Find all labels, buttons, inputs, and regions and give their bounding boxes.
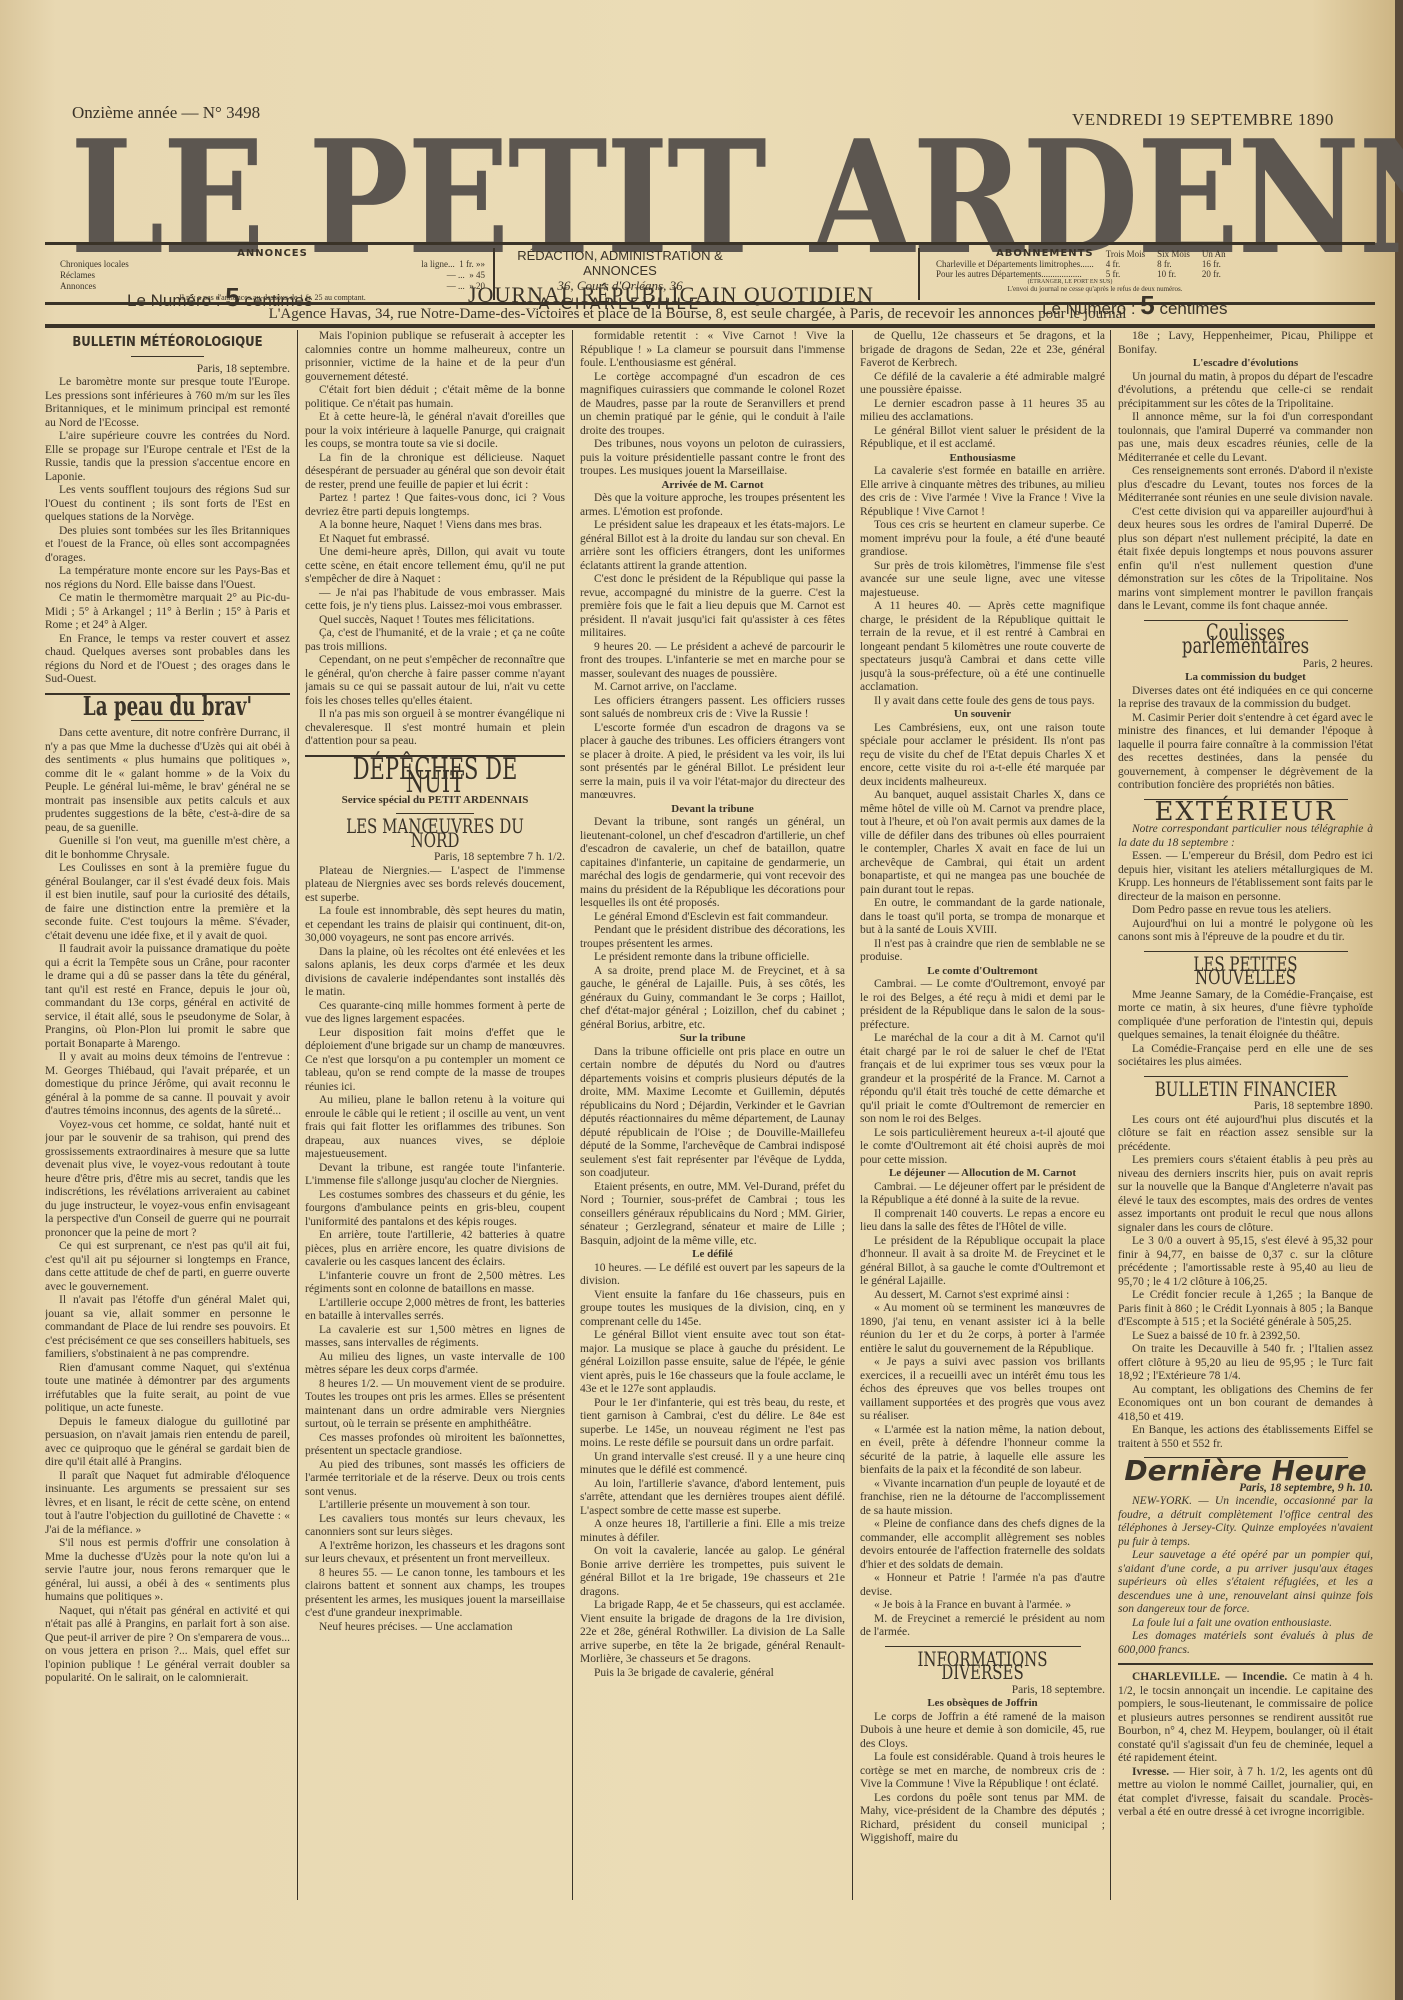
- column-4: de Quellu, 12e chasseurs et 5e dragons, …: [860, 330, 1105, 1900]
- paragraph: La Comédie-Française perd en elle une de…: [1118, 1043, 1373, 1070]
- paragraph: Le général Emond d'Esclevin est fait com…: [580, 911, 845, 925]
- paragraph: Au dessert, M. Carnot s'est exprimé ains…: [860, 1289, 1105, 1303]
- financier-heading: BULLETIN FINANCIER: [1150, 1083, 1341, 1097]
- havas-notice: L'Agence Havas, 34, rue Notre-Dame-des-V…: [0, 306, 1395, 323]
- nouvelles-heading: LES PETITES NOUVELLES: [1150, 958, 1341, 985]
- paragraph: Il annonce même, sur la foi d'un corresp…: [1118, 411, 1373, 465]
- paragraph: 8 heures 1/2. — Un mouvement vient de se…: [305, 1378, 565, 1432]
- paragraph: « Vivante incarnation d'un peuple de loy…: [860, 1478, 1105, 1519]
- paragraph: Les vents soufflent toujours des régions…: [45, 484, 290, 525]
- depeches-heading: DÉPÊCHES DE NUIT: [344, 763, 526, 790]
- paragraph: Un journal du matin, à propos du départ …: [1118, 371, 1373, 412]
- paragraph: Pour le 1er d'infanterie, qui est très b…: [580, 1397, 845, 1451]
- paragraph: Partez ! partez ! Que faites-vous donc, …: [305, 492, 565, 519]
- paragraph: Des tribunes, nous voyons un peloton de …: [580, 438, 845, 479]
- paragraph: Guenille si l'on veut, ma guenille m'est…: [45, 835, 290, 862]
- paragraph: L'artillerie présente un mouvement à son…: [305, 1499, 565, 1513]
- paragraph: Quel succès, Naquet ! Toutes mes félicit…: [305, 614, 565, 628]
- paragraph: Dans la tribune officielle ont pris plac…: [580, 1046, 845, 1181]
- column-divider: [852, 330, 853, 1900]
- paragraph: On traite les Decauville à 540 fr. ; l'I…: [1118, 1343, 1373, 1384]
- paragraph: On voit la cavalerie, lancée au galop. L…: [580, 1545, 845, 1599]
- paragraph: Et à cette heure-là, le général n'avait …: [305, 411, 565, 452]
- divider: [493, 248, 495, 300]
- paragraph: Il y avait au moins deux témoins de l'en…: [45, 1051, 290, 1119]
- paragraph: Cambrai. — Le comte d'Oultremont, envoyé…: [860, 978, 1105, 1032]
- paragraph: Le sois particulièrement heureux a-t-il …: [860, 1127, 1105, 1168]
- paragraph: Sur près de trois kilomètres, l'immense …: [860, 560, 1105, 601]
- paragraph: Au comptant, les obligations des Chemins…: [1118, 1384, 1373, 1425]
- paragraph: Tous ces cris se heurtent en clameur sup…: [860, 519, 1105, 560]
- paragraph: C'est donc le président de la République…: [580, 573, 845, 641]
- paragraph: Le général Billot vient ensuite avec tou…: [580, 1329, 845, 1397]
- coulisses-heading: Coulisses parlementaires: [1150, 627, 1341, 654]
- paragraph: Les cours ont été aujourd'hui plus discu…: [1118, 1114, 1373, 1155]
- divider: [918, 248, 920, 300]
- column-divider: [572, 330, 573, 1900]
- column-divider: [297, 330, 298, 1900]
- paragraph: Et Naquet fut embrassé.: [305, 533, 565, 547]
- paragraph: Le baromètre monte sur presque toute l'E…: [45, 376, 290, 430]
- paragraph: Il n'a pas mis son orgueil à se montrer …: [305, 708, 565, 749]
- paragraph: Les cordons du poêle sont tenus par MM. …: [860, 1792, 1105, 1846]
- paragraph: « L'armée est la nation même, la nation …: [860, 1424, 1105, 1478]
- paragraph: Voyez-vous cet homme, ce soldat, hanté n…: [45, 1119, 290, 1241]
- paragraph: En Banque, les actions des établissement…: [1118, 1424, 1373, 1451]
- column-2: Mais l'opinion publique se refuserait à …: [305, 330, 565, 1900]
- column-5: 18e ; Lavy, Heppenheimer, Picau, Philipp…: [1118, 330, 1373, 1900]
- paragraph: Il faudrait avoir la puissance dramatiqu…: [45, 943, 290, 1051]
- paragraph: Devant la tribune, sont rangés un généra…: [580, 816, 845, 911]
- paragraph: L'aire supérieure couvre les contrées du…: [45, 430, 290, 484]
- paragraph: « Au moment où se terminent les manœuvre…: [860, 1302, 1105, 1356]
- paragraph: Neuf heures précises. — Une acclamation: [305, 1621, 565, 1635]
- peau-heading: La peau du brav': [82, 701, 254, 715]
- paragraph: Il comprenait 140 couverts. Le repas a e…: [860, 1208, 1105, 1235]
- column-3: formidable retentit : « Vive Carnot ! Vi…: [580, 330, 845, 1900]
- paragraph: Le Suez a baissé de 10 fr. à 2392,50.: [1118, 1330, 1373, 1344]
- ivresse-item: Ivresse. — Hier soir, à 7 h. 1/2, les ag…: [1118, 1766, 1373, 1820]
- paragraph: Des pluies sont tombées sur les îles Bri…: [45, 525, 290, 566]
- paragraph: Les cavaliers tous montés sur leurs chev…: [305, 1513, 565, 1540]
- abonnements-box: ABONNEMENTSTrois MoisSix MoisUn An Charl…: [930, 248, 1370, 293]
- paragraph: Il paraît que Naquet fut admirable d'élo…: [45, 1470, 290, 1538]
- paragraph: C'est cette division qui va appareiller …: [1118, 506, 1373, 614]
- charleville-item: CHARLEVILLE. — Incendie. Ce matin à 4 h.…: [1118, 1671, 1373, 1766]
- paragraph: Dans la plaine, où les récoltes ont été …: [305, 946, 565, 1000]
- column-1: BULLETIN MÉTÉOROLOGIQUE Paris, 18 septem…: [45, 330, 290, 1900]
- paragraph: Un grand intervalle s'est creusé. Il y a…: [580, 1451, 845, 1478]
- paragraph: Le Crédit foncier recule à 1,265 ; la Ba…: [1118, 1289, 1373, 1330]
- infos-heading: INFORMATIONS DIVERSES: [891, 1653, 1075, 1680]
- manoeuvres-heading: LES MANŒUVRES DU NORD: [338, 820, 533, 847]
- annonces-row: Réclames— ... » 45: [60, 270, 485, 281]
- paragraph: « Pleine de confiance dans des chefs dig…: [860, 1518, 1105, 1572]
- derniere-heure-heading: Dernière Heure: [1118, 1464, 1373, 1478]
- annonces-row: Annonces— ... » 20: [60, 281, 485, 292]
- paragraph: « Honneur et Patrie ! l'armée n'a pas d'…: [860, 1572, 1105, 1599]
- paragraph: Au banquet, auquel assistait Charles X, …: [860, 789, 1105, 897]
- annonces-row: Chroniques localesla ligne... 1 fr. »»: [60, 259, 485, 270]
- paragraph: L'infanterie couvre un front de 2,500 mè…: [305, 1270, 565, 1297]
- paragraph: M. Carnot arrive, on l'acclame.: [580, 681, 845, 695]
- paragraph: La brigade Rapp, 4e et 5e chasseurs, qui…: [580, 1599, 845, 1667]
- paragraph: L'escorte formée d'un escadron de dragon…: [580, 722, 845, 803]
- paragraph: L'artillerie occupe 2,000 mètres de fron…: [305, 1297, 565, 1324]
- paragraph: A la bonne heure, Naquet ! Viens dans me…: [305, 519, 565, 533]
- paragraph: Dès que la voiture approche, les troupes…: [580, 492, 845, 519]
- paragraph: Le corps de Joffrin a été ramené de la m…: [860, 1711, 1105, 1752]
- paragraph: Naquet, qui n'était pas général en activ…: [45, 1605, 290, 1686]
- meteo-heading: BULLETIN MÉTÉOROLOGIQUE: [45, 336, 290, 350]
- paragraph: La foule est innombrable, dès sept heure…: [305, 905, 565, 946]
- paragraph: 8 heures 55. — Le canon tonne, les tambo…: [305, 1567, 565, 1621]
- paragraph: Les domages matériels sont évalués à plu…: [1118, 1630, 1373, 1657]
- paragraph: A sa droite, prend place M. de Freycinet…: [580, 965, 845, 1033]
- paragraph: Les premiers cours s'étaient établis à p…: [1118, 1154, 1373, 1235]
- paragraph: Dom Pedro passe en revue tous les atelie…: [1118, 904, 1373, 918]
- paragraph: formidable retentit : « Vive Carnot ! Vi…: [580, 330, 845, 371]
- paragraph: Diverses dates ont été indiquées en ce q…: [1118, 685, 1373, 712]
- paragraph: Leur sauvetage a été opéré par un pompie…: [1118, 1549, 1373, 1617]
- paragraph: Vient ensuite la fanfare du 16e chasseur…: [580, 1289, 845, 1330]
- paragraph: Pendant que le président distribue des d…: [580, 924, 845, 951]
- paragraph: 10 heures. — Le défilé est ouvert par le…: [580, 1262, 845, 1289]
- paragraph: Ces masses profondes où miroitent les ba…: [305, 1432, 565, 1459]
- paragraph: Ce matin le thermomètre marquait 2° au P…: [45, 592, 290, 633]
- paragraph: La température monte encore sur les Pays…: [45, 565, 290, 592]
- paragraph: Le maréchal de la cour a dit à M. Carnot…: [860, 1032, 1105, 1127]
- paragraph: Le 3 0/0 a ouvert à 95,15, s'est élevé à…: [1118, 1235, 1373, 1289]
- header-rule-bottom: [45, 324, 1375, 328]
- paragraph: Plateau de Niergnies.— L'aspect de l'imm…: [305, 865, 565, 906]
- paragraph: Ce défilé de la cavalerie a été admirabl…: [860, 371, 1105, 398]
- paragraph: S'il nous est permis d'offrir une consol…: [45, 1537, 290, 1605]
- paragraph: La foule lui a fait une ovation enthousi…: [1118, 1617, 1373, 1631]
- paragraph: Ces quarante-cinq mille hommes forment à…: [305, 1000, 565, 1027]
- paragraph: M. Casimir Perier doit s'entendre à cet …: [1118, 712, 1373, 793]
- paragraph: Aujourd'hui on lui a montré le polygone …: [1118, 918, 1373, 945]
- paragraph: C'était fort bien déduit ; c'était même …: [305, 384, 565, 411]
- paragraph: — Je n'ai pas l'habitude de vous embrass…: [305, 587, 565, 614]
- annonces-box: ANNONCES Chroniques localesla ligne... 1…: [60, 248, 485, 302]
- paragraph: Le dernier escadron passe à 11 heures 35…: [860, 398, 1105, 425]
- paragraph: Au milieu, plane le ballon retenu à la v…: [305, 1094, 565, 1162]
- paragraph: Ce qui est surprenant, ce n'est pas qu'i…: [45, 1240, 290, 1294]
- paragraph: Ça, c'est de l'humanité, et de la vraie …: [305, 627, 565, 654]
- paragraph: « Je bois à la France en buvant à l'armé…: [860, 1599, 1105, 1613]
- paragraph: La fin de la chronique est délicieuse. N…: [305, 452, 565, 493]
- paragraph: Les Cambrésiens, eux, ont une raison tou…: [860, 722, 1105, 790]
- paragraph: Une demi-heure après, Dillon, qui avait …: [305, 546, 565, 587]
- paragraph: En France, le temps va rester couvert et…: [45, 633, 290, 687]
- paragraph: Puis la 3e brigade de cavalerie, général: [580, 1667, 845, 1681]
- newspaper-page: Onzième année — N° 3498 VENDREDI 19 SEPT…: [0, 0, 1395, 2000]
- paragraph: 18e ; Lavy, Heppenheimer, Picau, Philipp…: [1118, 330, 1373, 357]
- paragraph: Cependant, on ne peut s'empêcher de reco…: [305, 654, 565, 708]
- exterieur-heading: EXTÉRIEUR: [1118, 806, 1373, 820]
- paragraph: En arrière, toute l'artillerie, 42 batte…: [305, 1229, 565, 1270]
- paragraph: Au loin, l'artillerie s'avance, d'abord …: [580, 1478, 845, 1519]
- paragraph: La foule est considérable. Quand à trois…: [860, 1751, 1105, 1792]
- paragraph: La cavalerie est sur 1,500 mètres en lig…: [305, 1324, 565, 1351]
- paragraph: A onze heures 18, l'artillerie a fini. E…: [580, 1518, 845, 1545]
- column-divider: [1110, 330, 1111, 1900]
- paragraph: Leur disposition fait moins d'effet que …: [305, 1027, 565, 1095]
- paragraph: Le président de la République occupait l…: [860, 1235, 1105, 1289]
- paragraph: NEW-YORK. — Un incendie, occasionné par …: [1118, 1495, 1373, 1549]
- paragraph: de Quellu, 12e chasseurs et 5e dragons, …: [860, 330, 1105, 371]
- paragraph: Devant la tribune, est rangée toute l'in…: [305, 1162, 565, 1189]
- paragraph: Il n'avait pas l'étoffe d'un général Mal…: [45, 1294, 290, 1362]
- paragraph: En outre, le commandant de la garde nati…: [860, 897, 1105, 938]
- paragraph: 9 heures 20. — Le président a achevé de …: [580, 641, 845, 682]
- paragraph: Rien d'amusant comme Naquet, qui s'extén…: [45, 1362, 290, 1416]
- paragraph: Ces renseignements sont erronés. D'abord…: [1118, 465, 1373, 506]
- paragraph: La cavalerie s'est formée en bataille en…: [860, 465, 1105, 519]
- paragraph: Il n'est pas à craindre que rien de semb…: [860, 938, 1105, 965]
- paragraph: Mme Jeanne Samary, de la Comédie-Françai…: [1118, 989, 1373, 1043]
- paragraph: A l'extrême horizon, les chasseurs et le…: [305, 1540, 565, 1567]
- paragraph: Le général Billot vient saluer le présid…: [860, 425, 1105, 452]
- paragraph: A 11 heures 40. — Après cette magnifique…: [860, 600, 1105, 695]
- masthead-title: LE PETIT ARDENNAIS: [70, 128, 1128, 268]
- paragraph: Les costumes sombres des chasseurs et du…: [305, 1189, 565, 1230]
- paragraph: Dans cette aventure, dit notre confrère …: [45, 727, 290, 835]
- paragraph: Mais l'opinion publique se refuserait à …: [305, 330, 565, 384]
- paragraph: Il y avait dans cette foule des gens de …: [860, 695, 1105, 709]
- annonces-heading: ANNONCES: [60, 248, 485, 259]
- paragraph: Le président remonte dans la tribune off…: [580, 951, 845, 965]
- paragraph: Etaient présents, en outre, MM. Vel-Dura…: [580, 1181, 845, 1249]
- paragraph: Cambrai. — Le déjeuner offert par le pré…: [860, 1181, 1105, 1208]
- annonces-note: Il n'y a pas d'annonces au-dessous de 1 …: [60, 293, 485, 302]
- paragraph: Au pied des tribunes, sont massés les of…: [305, 1459, 565, 1500]
- header-rule-top: [45, 242, 1375, 245]
- paragraph: M. de Freycinet a remercié le président …: [860, 1613, 1105, 1640]
- header-rule-mid: [45, 302, 1375, 305]
- paragraph: Essen. — L'empereur du Brésil, dom Pedro…: [1118, 850, 1373, 904]
- paragraph: Au milieu des lignes, un vaste intervall…: [305, 1351, 565, 1378]
- paragraph: Le cortège accompagné d'un escadron de c…: [580, 371, 845, 439]
- paragraph: Les Coulisses en sont à la première fugu…: [45, 862, 290, 943]
- paragraph: Depuis le fameux dialogue du guillotiné …: [45, 1416, 290, 1470]
- paragraph: Le président salue les drapeaux et les é…: [580, 519, 845, 573]
- paragraph: « Je pays a suivi avec passion vos brill…: [860, 1356, 1105, 1424]
- paragraph: Les officiers étrangers passent. Les off…: [580, 695, 845, 722]
